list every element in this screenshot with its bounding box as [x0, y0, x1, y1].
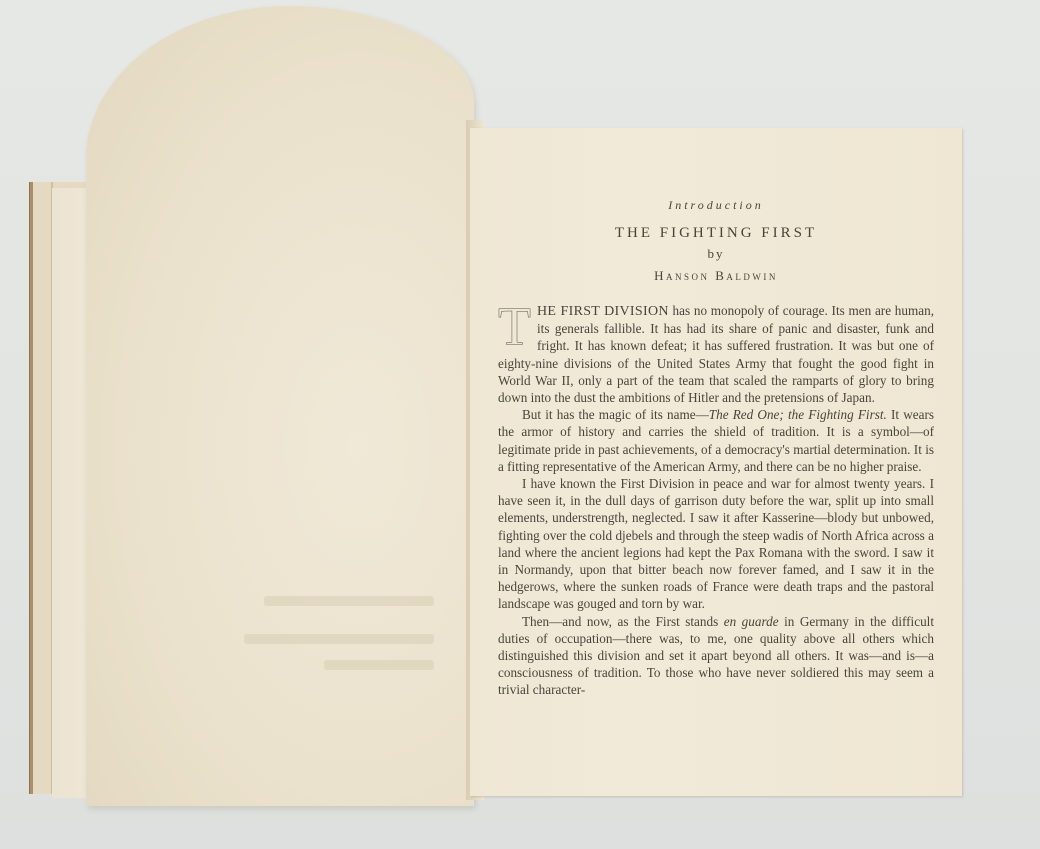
show-through-line — [264, 596, 434, 606]
paragraph: But it has the magic of its name—The Red… — [498, 406, 934, 475]
drop-cap: T — [498, 304, 531, 348]
paragraph: THE FIRST DIVISION has no monopoly of co… — [498, 302, 934, 406]
paragraph-text: Then—and now, as the First stands — [522, 614, 724, 629]
italic-phrase: en guarde — [724, 614, 779, 629]
show-through-line — [244, 634, 434, 644]
paragraph-text: But it has the magic of its name— — [522, 407, 709, 422]
byline: by — [498, 246, 934, 262]
page-text: Introduction THE FIGHTING FIRST by Hanso… — [498, 198, 934, 699]
paragraph: Then—and now, as the First stands en gua… — [498, 613, 934, 699]
right-page: Introduction THE FIGHTING FIRST by Hanso… — [470, 128, 962, 796]
left-page-curled — [86, 6, 474, 806]
italic-name: The Red One; the Fighting First. — [709, 407, 887, 422]
section-kicker: Introduction — [498, 198, 934, 213]
show-through-line — [324, 660, 434, 670]
paragraph-text: I have known the First Division in peace… — [498, 476, 934, 611]
author-name: Hanson Baldwin — [498, 268, 934, 284]
body-text: THE FIRST DIVISION has no monopoly of co… — [498, 302, 934, 699]
paragraph: I have known the First Division in peace… — [498, 475, 934, 613]
lead-in-caps: HE FIRST DIVISION — [537, 304, 669, 319]
chapter-title: THE FIGHTING FIRST — [498, 225, 934, 242]
